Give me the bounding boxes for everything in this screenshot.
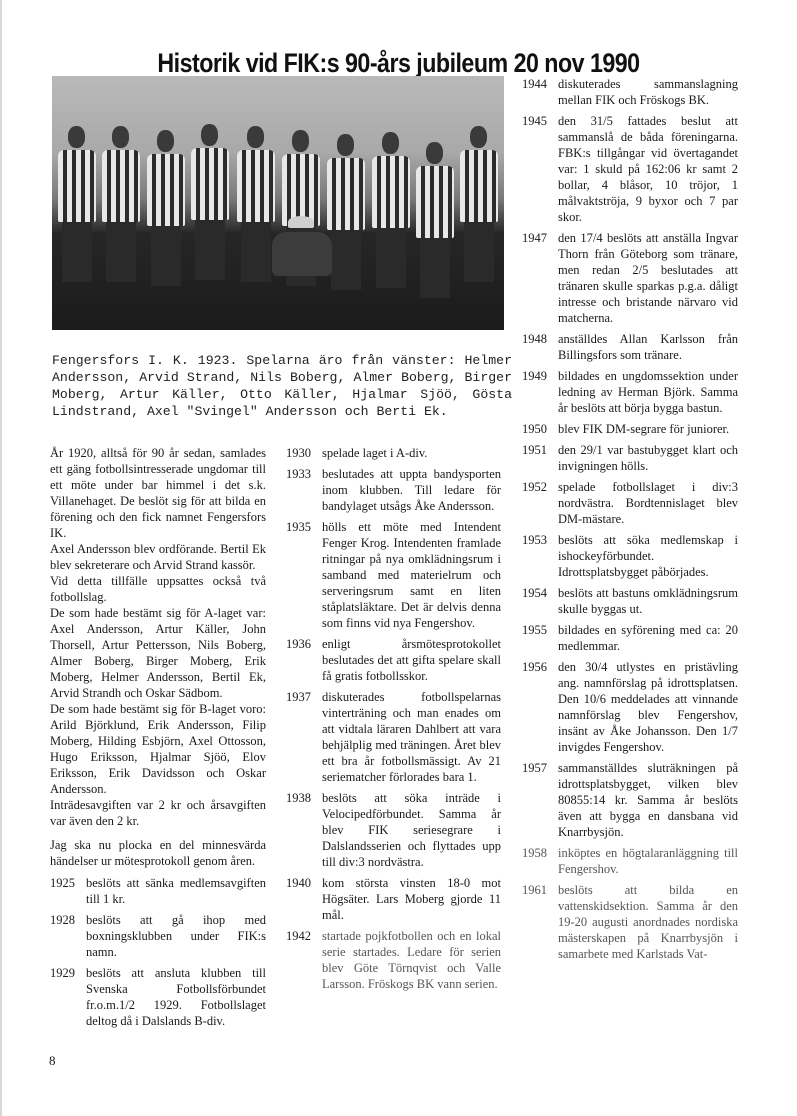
- entry-text: beslöts att bastuns omklädningsrum skull…: [558, 585, 738, 617]
- column-3: 1944 diskuterades sammanslagning mellan …: [522, 76, 738, 967]
- timeline-entry: 1942 startade pojkfotbollen och en lokal…: [286, 928, 501, 992]
- page-title: Historik vid FIK:s 90-års jubileum 20 no…: [56, 48, 741, 79]
- entry-text: beslöts att gå ihop med boxningsklubben …: [86, 912, 266, 960]
- entry-year: 1933: [286, 466, 322, 514]
- entry-year: 1938: [286, 790, 322, 870]
- entry-text: beslöts att söka inträde i Velocipedförb…: [322, 790, 501, 870]
- entry-text: diskuterades fotbollspelarnas vinterträn…: [322, 689, 501, 785]
- entry-year: 1935: [286, 519, 322, 631]
- entry-year: 1945: [522, 113, 558, 225]
- entry-text: sammanställdes sluträkningen på idrottsp…: [558, 760, 738, 840]
- entry-year: 1930: [286, 445, 322, 461]
- entry-year: 1942: [286, 928, 322, 992]
- timeline-entry: 1936 enligt årsmötesprotokollet beslutad…: [286, 636, 501, 684]
- entry-year: 1929: [50, 965, 86, 1029]
- entry-text: beslöts att söka medlemskap i ishockeyfö…: [558, 532, 738, 580]
- player-figure: [145, 130, 185, 280]
- timeline-entry: 1937 diskuterades fotbollspelarnas vinte…: [286, 689, 501, 785]
- entry-text: spelade fotbollslaget i div:3 nordvästra…: [558, 479, 738, 527]
- page-number: 8: [49, 1053, 56, 1069]
- entry-year: 1951: [522, 442, 558, 474]
- entry-text: anställdes Allan Karlsson från Billingsf…: [558, 331, 738, 363]
- keeper-figure: [266, 216, 336, 286]
- timeline-entry: 1958 inköptes en högtalaranläggning till…: [522, 845, 738, 877]
- intro-paragraph: De som hade bestämt sig för A-laget var:…: [50, 605, 266, 701]
- timeline-entry: 1940 kom största vinsten 18-0 mot Högsät…: [286, 875, 501, 923]
- intro-paragraph: De som hade bestämt sig för B-laget voro…: [50, 701, 266, 797]
- timeline-entry: 1950 blev FIK DM-segrare för juniorer.: [522, 421, 738, 437]
- entry-year: 1957: [522, 760, 558, 840]
- timeline-entry: 1935 hölls ett möte med Intendent Fenger…: [286, 519, 501, 631]
- entry-year: 1950: [522, 421, 558, 437]
- intro-paragraph: Axel Andersson blev ordförande. Bertil E…: [50, 541, 266, 573]
- entry-text: beslöts att ansluta klubben till Svenska…: [86, 965, 266, 1029]
- player-figure: [370, 132, 410, 282]
- entry-year: 1956: [522, 659, 558, 755]
- entry-text: bildades en syförening med ca: 20 medlem…: [558, 622, 738, 654]
- photo-caption: Fengersfors I. K. 1923. Spelarna äro frå…: [52, 352, 512, 420]
- intro-paragraph: Vid detta tillfälle uppsattes också två …: [50, 573, 266, 605]
- entry-year: 1953: [522, 532, 558, 580]
- player-figure: [414, 142, 454, 292]
- entry-text: startade pojkfotbollen och en lokal seri…: [322, 928, 501, 992]
- timeline-entry: 1930 spelade laget i A-div.: [286, 445, 501, 461]
- entry-text: diskuterades sammanslagning mellan FIK o…: [558, 76, 738, 108]
- player-figure: [458, 126, 498, 276]
- player-figure: [100, 126, 140, 276]
- entry-text: den 17/4 beslöts att anställa Ingvar Tho…: [558, 230, 738, 326]
- timeline-entry: 1953 beslöts att söka medlemskap i ishoc…: [522, 532, 738, 580]
- entry-text: beslöts att bilda en vattenskidsektion. …: [558, 882, 738, 962]
- entry-year: 1940: [286, 875, 322, 923]
- intro-paragraph: Inträdesavgiften var 2 kr och årsavgifte…: [50, 797, 266, 829]
- entry-year: 1947: [522, 230, 558, 326]
- entry-year: 1954: [522, 585, 558, 617]
- entry-year: 1928: [50, 912, 86, 960]
- entry-text: blev FIK DM-segrare för juniorer.: [558, 421, 738, 437]
- player-figure: [189, 124, 229, 274]
- lead-in-paragraph: Jag ska nu plocka en del minnesvärda hän…: [50, 837, 266, 869]
- timeline-entry: 1956 den 30/4 utlystes en pristävling an…: [522, 659, 738, 755]
- intro-paragraph: År 1920, alltså för 90 år sedan, samlade…: [50, 445, 266, 541]
- timeline-entry: 1945 den 31/5 fattades beslut att samman…: [522, 113, 738, 225]
- timeline-entry: 1947 den 17/4 beslöts att anställa Ingva…: [522, 230, 738, 326]
- timeline-entry: 1957 sammanställdes sluträkningen på idr…: [522, 760, 738, 840]
- column-2: 1930 spelade laget i A-div. 1933 besluta…: [286, 445, 501, 997]
- entry-text: bildades en ungdomssektion under ledning…: [558, 368, 738, 416]
- entry-year: 1925: [50, 875, 86, 907]
- timeline-entry: 1925 beslöts att sänka medlemsavgiften t…: [50, 875, 266, 907]
- entry-text: inköptes en högtalaranläggning till Feng…: [558, 845, 738, 877]
- timeline-entry: 1944 diskuterades sammanslagning mellan …: [522, 76, 738, 108]
- timeline-entry: 1949 bildades en ungdomssektion under le…: [522, 368, 738, 416]
- entry-year: 1948: [522, 331, 558, 363]
- entry-year: 1937: [286, 689, 322, 785]
- entry-text: den 30/4 utlystes en pristävling ang. na…: [558, 659, 738, 755]
- entry-text: kom största vinsten 18-0 mot Högsäter. L…: [322, 875, 501, 923]
- entry-year: 1936: [286, 636, 322, 684]
- timeline-entry: 1952 spelade fotbollslaget i div:3 nordv…: [522, 479, 738, 527]
- entry-year: 1961: [522, 882, 558, 962]
- entry-year: 1949: [522, 368, 558, 416]
- entry-text: den 29/1 var bastubygget klart och invig…: [558, 442, 738, 474]
- timeline-entry: 1954 beslöts att bastuns omklädningsrum …: [522, 585, 738, 617]
- timeline-entry: 1938 beslöts att söka inträde i Velocipe…: [286, 790, 501, 870]
- entry-year: 1952: [522, 479, 558, 527]
- entry-year: 1958: [522, 845, 558, 877]
- entry-text: beslöts att sänka medlemsavgiften till 1…: [86, 875, 266, 907]
- entry-text: den 31/5 fattades beslut att sammanslå d…: [558, 113, 738, 225]
- entry-text: beslutades att uppta bandysporten inom k…: [322, 466, 501, 514]
- team-photo: [52, 76, 504, 330]
- entry-year: 1955: [522, 622, 558, 654]
- timeline-entry: 1961 beslöts att bilda en vattenskidsekt…: [522, 882, 738, 962]
- column-1: År 1920, alltså för 90 år sedan, samlade…: [50, 445, 266, 1034]
- player-figure: [56, 126, 96, 276]
- page-edge: [0, 0, 2, 1116]
- timeline-entry: 1928 beslöts att gå ihop med boxningsklu…: [50, 912, 266, 960]
- timeline-entry: 1955 bildades en syförening med ca: 20 m…: [522, 622, 738, 654]
- timeline-entry: 1948 anställdes Allan Karlsson från Bill…: [522, 331, 738, 363]
- entry-text: spelade laget i A-div.: [322, 445, 501, 461]
- timeline-entry: 1951 den 29/1 var bastubygget klart och …: [522, 442, 738, 474]
- timeline-entry: 1933 beslutades att uppta bandysporten i…: [286, 466, 501, 514]
- entry-text: enligt årsmötesprotokollet beslutades de…: [322, 636, 501, 684]
- entry-text: hölls ett möte med Intendent Fenger Krog…: [322, 519, 501, 631]
- entry-year: 1944: [522, 76, 558, 108]
- timeline-entry: 1929 beslöts att ansluta klubben till Sv…: [50, 965, 266, 1029]
